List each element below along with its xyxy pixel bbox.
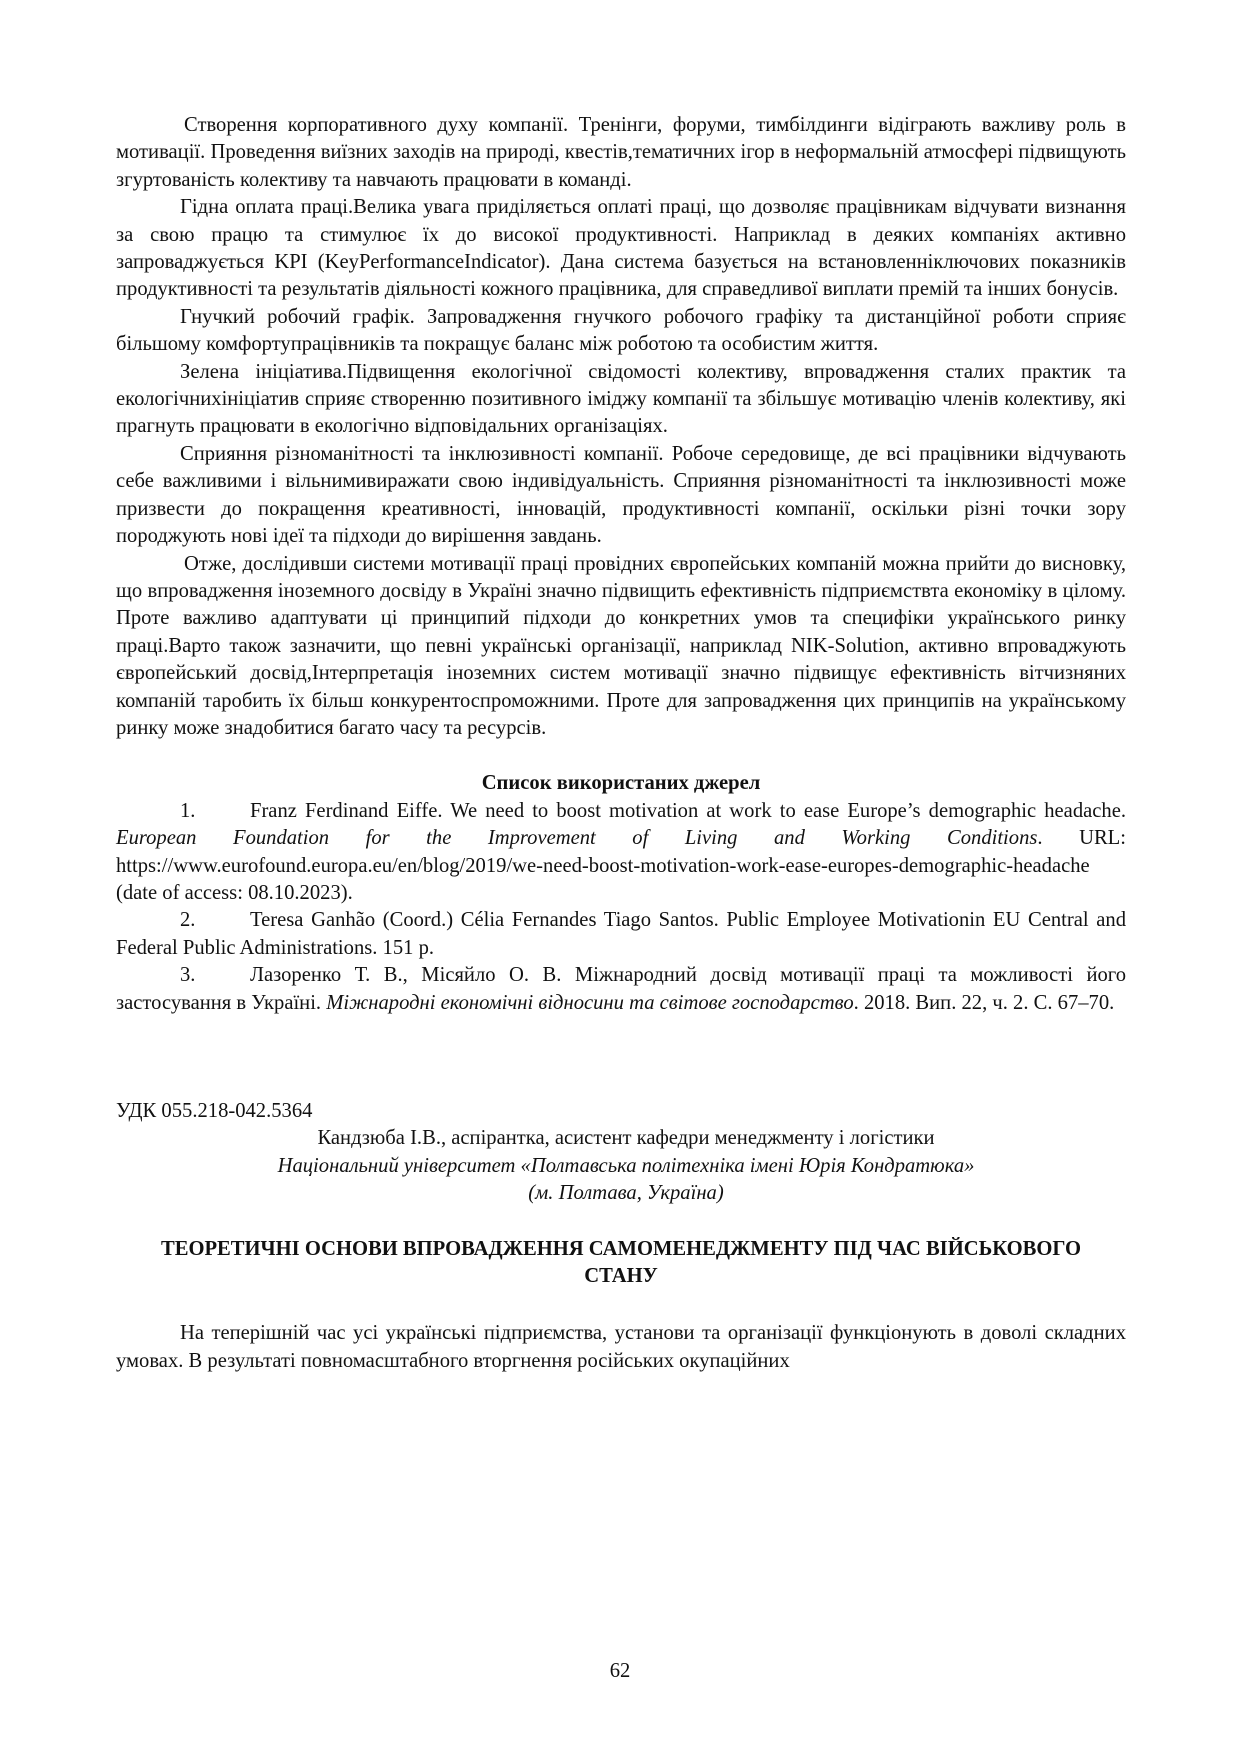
article-conclusion-section: Створення корпоративного духу компанії. … (116, 112, 1126, 742)
document-page: Створення корпоративного духу компанії. … (116, 112, 1126, 1375)
reference-number: 1. (180, 798, 250, 825)
reference-source-title: European Foundation for the Improvement … (116, 827, 1037, 849)
reference-text: Teresa Ganhão (Coord.) Célia Fernandes T… (116, 909, 1126, 958)
reference-item: 2.Teresa Ganhão (Coord.) Célia Fernandes… (116, 907, 1126, 962)
affiliation-line: Національний університет «Полтавська пол… (116, 1153, 1126, 1180)
paragraph-diversity-inclusion: Сприяння різноманітності та інклюзивност… (116, 441, 1126, 551)
reference-text-tail: . 2018. Вип. 22, ч. 2. С. 67–70. (854, 992, 1115, 1014)
paragraph-conclusion: Отже, дослідивши системи мотивації праці… (116, 551, 1126, 743)
reference-number: 2. (180, 907, 250, 934)
reference-source-title: Міжнародні економічні відносини та світо… (326, 992, 853, 1014)
reference-item: 1.Franz Ferdinand Eiffe. We need to boos… (116, 798, 1126, 908)
reference-item: 3.Лазоренко Т. В., Місяйло О. В. Міжнаро… (116, 962, 1126, 1017)
reference-text: Franz Ferdinand Eiffe. We need to boost … (250, 800, 1126, 822)
paragraph-fair-pay: Гідна оплата праці.Велика увага приділяє… (116, 194, 1126, 304)
next-article-header: УДК 055.218-042.5364 Кандзюба І.В., аспі… (116, 1098, 1126, 1375)
article-body-paragraph: На теперішній час усі українські підприє… (116, 1320, 1126, 1375)
paragraph-flexible-schedule: Гнучкий робочий графік. Запровадження гн… (116, 304, 1126, 359)
page-number: 62 (0, 1660, 1240, 1683)
article-title: ТЕОРЕТИЧНІ ОСНОВИ ВПРОВАДЖЕННЯ САМОМЕНЕД… (116, 1236, 1126, 1291)
author-line: Кандзюба І.В., аспірантка, асистент кафе… (116, 1125, 1126, 1152)
location-line: (м. Полтава, Україна) (116, 1180, 1126, 1207)
paragraph-corporate-spirit: Створення корпоративного духу компанії. … (116, 112, 1126, 194)
paragraph-green-initiative: Зелена ініціатива.Підвищення екологічної… (116, 359, 1126, 441)
reference-number: 3. (180, 962, 250, 989)
udk-code: УДК 055.218-042.5364 (116, 1098, 1126, 1125)
references-section: Список використаних джерел 1.Franz Ferdi… (116, 770, 1126, 1017)
references-title: Список використаних джерел (116, 770, 1126, 797)
